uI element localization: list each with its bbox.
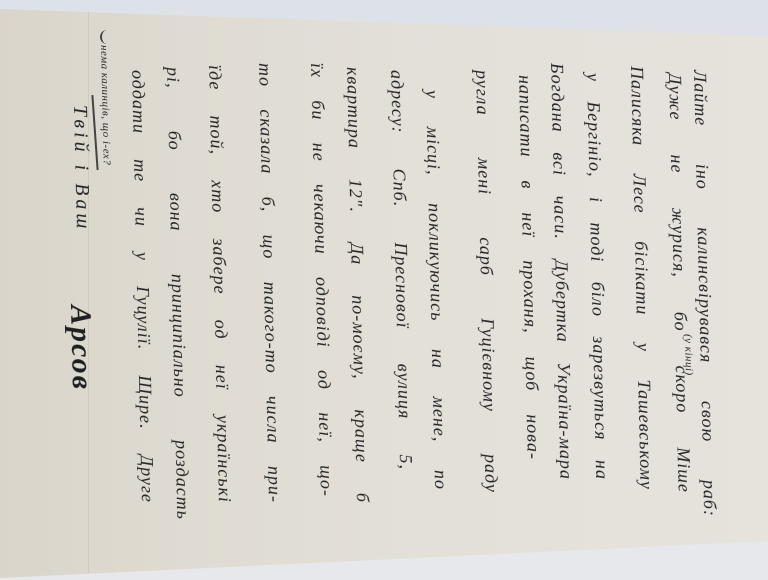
letter-line: оддати те чи у Гуцулії. Щире. Друге bbox=[127, 70, 159, 503]
letter-closing: Твій і Ваш bbox=[68, 105, 96, 285]
letter-line: Богдана всі часи. Дубертка Україна-мара bbox=[546, 63, 577, 480]
letter-line: у місці, покликуючись на мене, по bbox=[421, 90, 452, 490]
letter-line: їх би не чекаючи одповіді од неї, що- bbox=[306, 63, 338, 497]
letter-line: то сказала б, що такого-то числа при- bbox=[254, 63, 286, 503]
letter-line: адресу: Спб. Преснової вулиця 5, bbox=[386, 70, 417, 470]
letter-line: Палисяка Лесе бісікати у Ташевському bbox=[626, 66, 658, 490]
letter-line: рі, бо вона принципіально роздасть bbox=[162, 67, 194, 520]
letter-line: написати в неї проханя, щоб нова- bbox=[514, 75, 545, 460]
letter-postscript: нема калинців, що і-ех? bbox=[97, 45, 114, 195]
letter-paper: Лайте іно калинсвірувався свою раб: Дуже… bbox=[0, 0, 768, 580]
letter-insertion: (у кінці) bbox=[682, 334, 695, 398]
pen-hook-mark bbox=[100, 30, 112, 44]
signature: Арсов bbox=[62, 305, 101, 456]
letter-line: ругла мені сарб Гуцієвному раду bbox=[471, 70, 503, 493]
letter-line: їде той, хто забере од неї українські bbox=[204, 65, 236, 503]
paper-fold-line bbox=[88, 10, 89, 576]
letter-line: у Бергініо, і тоді біло зарезвуться на bbox=[582, 73, 613, 480]
letter-line: квартира 12". Да по-моєму, краще б bbox=[342, 67, 374, 503]
